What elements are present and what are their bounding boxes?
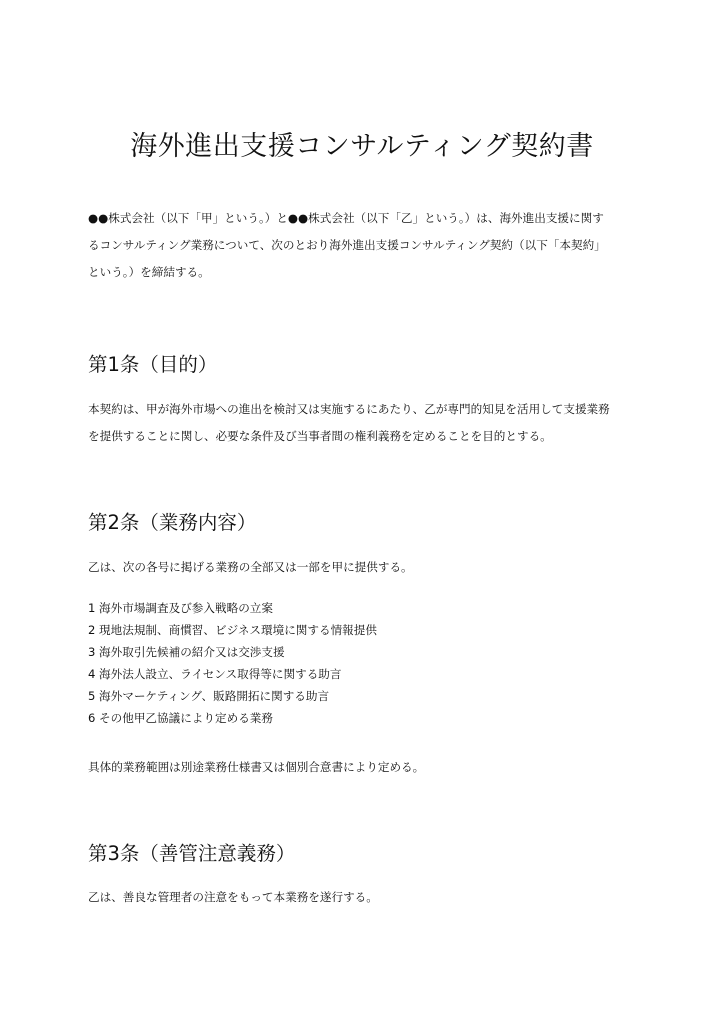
article-1-line: 本契約は、甲が海外市場への進出を検討又は実施するにあたり、乙が専門的知見を活用し… [88, 396, 648, 423]
article-1-body: 本契約は、甲が海外市場への進出を検討又は実施するにあたり、乙が専門的知見を活用し… [88, 396, 648, 450]
article-2-closing: 具体的業務範囲は別途業務仕様書又は個別合意書により定める。 [88, 754, 648, 781]
list-item: 3 海外取引先候補の紹介又は交渉支援 [88, 641, 648, 663]
preamble-line: という。）を締結する。 [88, 259, 648, 286]
article-3-heading: 第3条（善管注意義務） [88, 838, 295, 866]
list-item: 1 海外市場調査及び参入戦略の立案 [88, 597, 648, 619]
preamble-line: るコンサルティング業務について、次のとおり海外進出支援コンサルティング契約（以下… [88, 232, 648, 259]
preamble: ●●株式会社（以下「甲」という。）と●●株式会社（以下「乙」という。）は、海外進… [88, 205, 648, 286]
list-item: 5 海外マーケティング、販路開拓に関する助言 [88, 685, 648, 707]
article-2-heading: 第2条（業務内容） [88, 507, 256, 535]
list-item: 4 海外法人設立、ライセンス取得等に関する助言 [88, 663, 648, 685]
article-2-intro: 乙は、次の各号に掲げる業務の全部又は一部を甲に提供する。 [88, 554, 648, 581]
preamble-line: ●●株式会社（以下「甲」という。）と●●株式会社（以下「乙」という。）は、海外進… [88, 205, 648, 232]
document-title: 海外進出支援コンサルティング契約書 [0, 124, 724, 163]
document-page: 海外進出支援コンサルティング契約書 ●●株式会社（以下「甲」という。）と●●株式… [0, 0, 724, 1024]
article-3-line: 乙は、善良な管理者の注意をもって本業務を遂行する。 [88, 884, 648, 911]
list-item: 2 現地法規制、商慣習、ビジネス環境に関する情報提供 [88, 619, 648, 641]
article-2-list: 1 海外市場調査及び参入戦略の立案 2 現地法規制、商慣習、ビジネス環境に関する… [88, 597, 648, 729]
article-1-line: を提供することに関し、必要な条件及び当事者間の権利義務を定めることを目的とする。 [88, 423, 648, 450]
article-3-body: 乙は、善良な管理者の注意をもって本業務を遂行する。 [88, 884, 648, 911]
list-item: 6 その他甲乙協議により定める業務 [88, 707, 648, 729]
article-1-heading: 第1条（目的） [88, 349, 217, 377]
